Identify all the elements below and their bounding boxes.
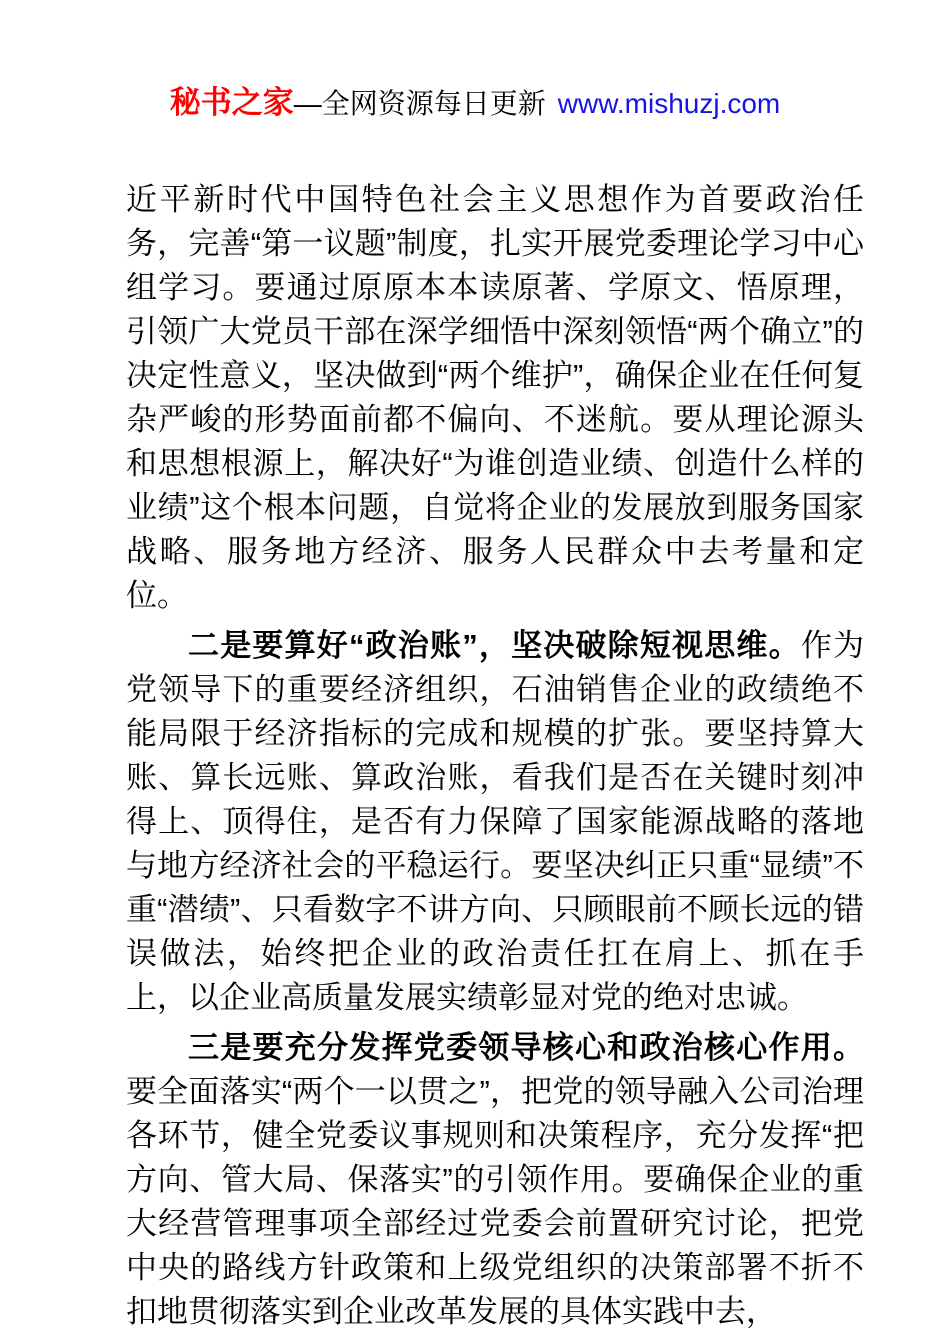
page-header: 秘书之家—全网资源每日更新www.mishuzj.com (0, 84, 950, 123)
paragraph-2-bold-lead: 二是要算好“政治账”，坚决破除短视思维。 (188, 628, 801, 663)
paragraph-3: 三是要充分发挥党委领导核心和政治核心作用。要全面落实“两个一以贯之”，把党的领导… (126, 1026, 864, 1334)
paragraph-1-text: 近平新时代中国特色社会主义思想作为首要政治任务，完善“第一议题”制度，扎实开展党… (126, 182, 864, 613)
paragraph-2: 二是要算好“政治账”，坚决破除短视思维。作为党领导下的重要经济组织，石油销售企业… (126, 624, 864, 1020)
site-tagline: 全网资源每日更新 (322, 88, 546, 119)
paragraph-2-text: 作为党领导下的重要经济组织，石油销售企业的政绩绝不能局限于经济指标的完成和规模的… (126, 628, 864, 1015)
site-name: 秘书之家 (170, 85, 294, 120)
paragraph-1: 近平新时代中国特色社会主义思想作为首要政治任务，完善“第一议题”制度，扎实开展党… (126, 178, 864, 618)
site-url-link[interactable]: www.mishuzj.com (558, 88, 780, 119)
document-page: 秘书之家—全网资源每日更新www.mishuzj.com 近平新时代中国特色社会… (0, 0, 950, 1344)
document-body: 近平新时代中国特色社会主义思想作为首要政治任务，完善“第一议题”制度，扎实开展党… (126, 178, 864, 1340)
separator-dash: — (294, 88, 322, 119)
paragraph-3-text: 要全面落实“两个一以贯之”，把党的领导融入公司治理各环节，健全党委议事规则和决策… (126, 1074, 864, 1329)
paragraph-3-bold-lead: 三是要充分发挥党委领导核心和政治核心作用。 (188, 1030, 864, 1065)
